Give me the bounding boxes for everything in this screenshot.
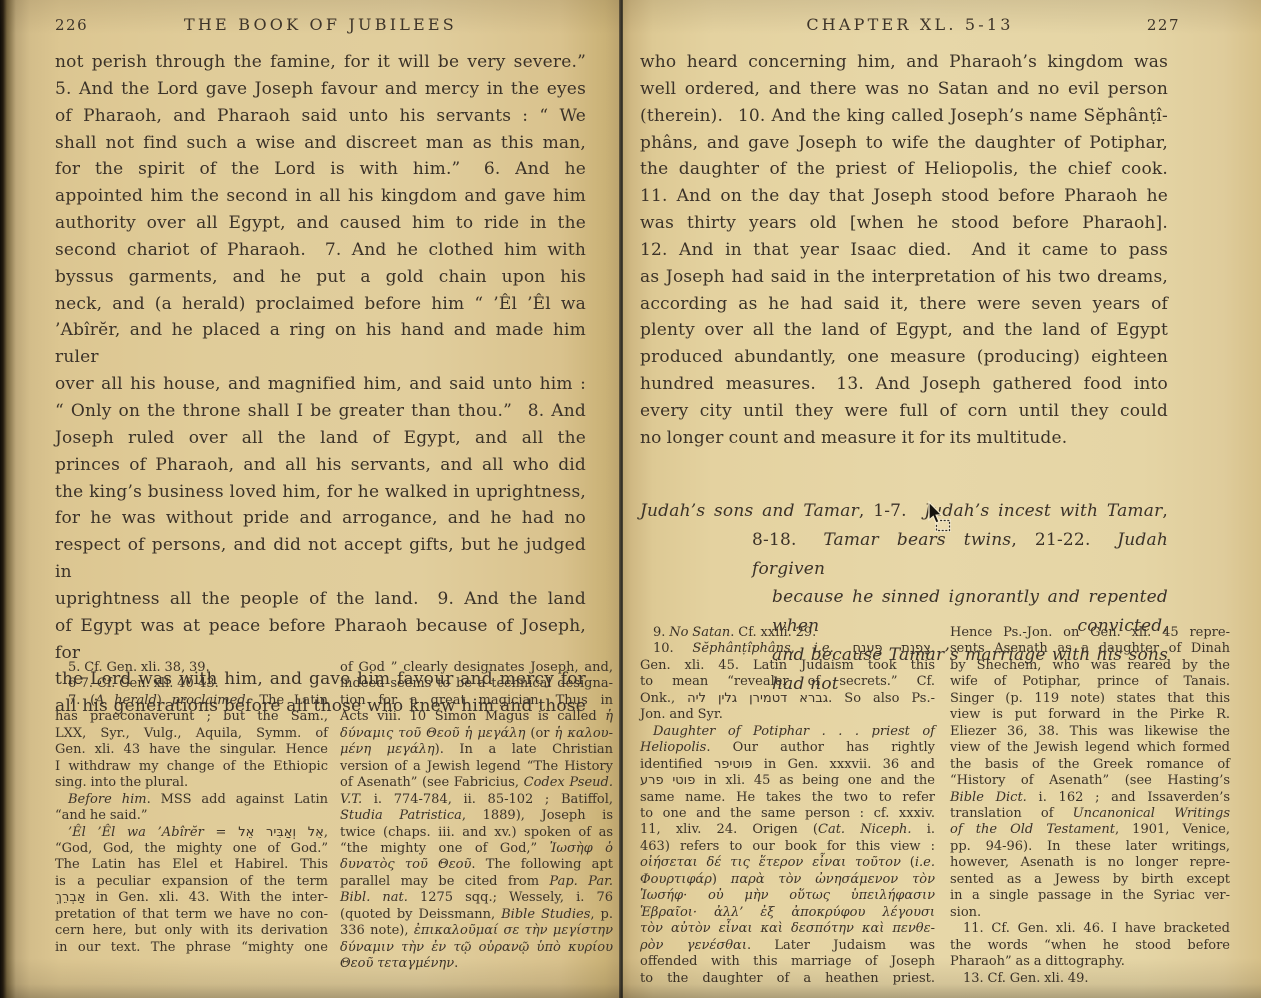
text-line: Gen. xli. 43 have the singular. Hence [55, 742, 328, 758]
text-line: for he was without pride and arrogance, … [55, 505, 586, 532]
left-footnotes: 5. Cf. Gen. xli. 38, 39.6-7. Cf. Gen. xl… [55, 660, 613, 973]
text-line: the basis of the Greek romance of [950, 757, 1230, 773]
text-line: uprightness all the people of the land. … [55, 586, 586, 613]
text-line: the words “when he stood before [950, 938, 1230, 954]
footnote-paragraph: ’Êl ’Êl wa ’Abîrĕr = אֵל וְאַבִּיר אֵל,“… [55, 825, 328, 957]
text-line: same name. He takes the two to refer [640, 790, 935, 806]
text-line: sents Asenath as a daughter of Dinah [950, 641, 1230, 657]
text-line: Daughter of Potiphar . . . priest of [640, 724, 935, 740]
text-line: Φουρτιφάρ) παρὰ τὸν ὠνησάμενον τὸν [640, 872, 935, 888]
footnote-paragraph: 6-7. Cf. Gen. xli. 40-43. [55, 676, 328, 692]
text-line: the daughter of the priest of Heliopolis… [640, 156, 1168, 183]
text-line: Acts viii. 10 Simon Magus is called ἡ [340, 709, 613, 725]
text-line: in a single passage in the Syriac ver- [950, 888, 1230, 904]
text-line: authority over all Egypt, and caused him… [55, 210, 586, 237]
right-body-text: who heard concerning him, and Pharaoh’s … [640, 49, 1168, 452]
left-page-number: 226 [55, 16, 88, 34]
book-spread: 226 THE BOOK OF JUBILEES not perish thro… [0, 0, 1261, 998]
text-line: Jon. and Syr. [640, 707, 935, 723]
right-page-number: 227 [1147, 16, 1180, 34]
text-line: wife of Potiphar, prince of Tanais. [950, 674, 1230, 690]
text-line: 336 note), ἐπικαλοῦμαί σε τὴν μεγίστην [340, 923, 613, 939]
text-line: was thirty years old [when he stood befo… [640, 210, 1168, 237]
text-line: 7. (A herald) proclaimed. The Latin [55, 693, 328, 709]
text-line: Heliopolis. Our author has rightly [640, 740, 935, 756]
text-line: tion for a great magician. Thus in [340, 693, 613, 709]
right-footnotes: 9. No Satan. Cf. xxiii. 29.10. Sĕphânṭîp… [640, 625, 1230, 987]
text-line: sented as a Jewess by birth except [950, 872, 1230, 888]
text-line: “History of Asenath” (see Hasting’s [950, 773, 1230, 789]
text-line: pretation of that term we have no con- [55, 907, 328, 923]
text-line: Hence Ps.-Jon. on Gen. xli. 45 repre- [950, 625, 1230, 641]
text-line: over all his house, and magnified him, a… [55, 371, 586, 398]
text-line: “ Only on the throne shall I be greater … [55, 398, 586, 425]
text-line: 5. And the Lord gave Joseph favour and m… [55, 76, 586, 103]
text-line: sing. into the plural. [55, 775, 328, 791]
text-line: μένη μεγάλη). In a late Christian [340, 742, 613, 758]
text-line: Ἑβραῖοι· ἀλλ’ ἐξ ἀποκρύφου λέγουσι [640, 905, 935, 921]
text-line: 10. Sĕphânṭîphâns, i.e. צָפְנַת פַּעְנֵח… [640, 641, 935, 657]
left-footnote-column-1: 5. Cf. Gen. xli. 38, 39.6-7. Cf. Gen. xl… [55, 660, 328, 973]
text-line: hundred measures. 13. And Joseph gathere… [640, 371, 1168, 398]
text-line: LXX, Syr., Vulg., Aquila, Symm. of [55, 726, 328, 742]
text-line: in our text. The phrase “mighty one [55, 940, 328, 956]
text-line: אַבְרֵךְ in Gen. xli. 43. With the inter… [55, 890, 328, 906]
text-line: is a peculiar expansion of the term [55, 874, 328, 890]
text-line: of Egypt was at peace before Pharaoh bec… [55, 613, 586, 667]
text-line: δύναμις τοῦ Θεοῦ ἡ μεγάλη (or ἡ καλου- [340, 726, 613, 742]
text-line: 11. And on the day that Joseph stood bef… [640, 183, 1168, 210]
footnote-paragraph: 13. Cf. Gen. xli. 49. [950, 971, 1230, 987]
right-running-title: CHAPTER XL. 5-13 [806, 15, 1013, 34]
text-line: byssus garments, and he put a gold chain… [55, 264, 586, 291]
text-line: οἰήσεται δέ τις ἕτερον εἶναι τοῦτον (i.e… [640, 855, 935, 871]
text-line: 12. And in that year Isaac died. And it … [640, 237, 1168, 264]
text-line: Before him. MSS add against Latin [55, 792, 328, 808]
text-line: 11. Cf. Gen. xli. 46. I have bracketed [950, 921, 1230, 937]
text-line: “and he said.” [55, 808, 328, 824]
text-line: appointed him the second in all his king… [55, 183, 586, 210]
text-line: respect of persons, and did not accept g… [55, 532, 586, 586]
text-line: neck, and (a herald) proclaimed before h… [55, 291, 586, 318]
text-line: Gen. xli. 45. Latin Judaism took this [640, 658, 935, 674]
right-footnote-column-1: 9. No Satan. Cf. xxiii. 29.10. Sĕphânṭîp… [640, 625, 935, 987]
text-line: (therein). 10. And the king called Josep… [640, 103, 1168, 130]
text-line: second chariot of Pharaoh. 7. And he clo… [55, 237, 586, 264]
text-line: version of a Jewish legend “The History [340, 759, 613, 775]
text-line: “God, God, the mighty one of God.” [55, 841, 328, 857]
text-line: view of the Jewish legend which formed [950, 740, 1230, 756]
text-line: produced abundantly, one measure (produc… [640, 344, 1168, 371]
text-line: princes of Pharaoh, and all his servants… [55, 452, 586, 479]
text-line: view is put forward in the Pirke R. [950, 707, 1230, 723]
text-line: pp. 94-96). In these later writings, [950, 839, 1230, 855]
text-line: δυνατὸς τοῦ Θεοῦ. The following apt [340, 857, 613, 873]
text-line: shall not find such a wise and discreet … [55, 130, 586, 157]
text-line: of Pharaoh, and Pharaoh said unto his se… [55, 103, 586, 130]
text-line: ’Abîrĕr, and he placed a ring on his han… [55, 317, 586, 371]
footnote-paragraph: 7. (A herald) proclaimed. The Latinhas p… [55, 693, 328, 792]
text-line: of Asenath” (see Fabricius, Codex Pseud. [340, 775, 613, 791]
text-line: 13. Cf. Gen. xli. 49. [950, 971, 1230, 987]
right-page: CHAPTER XL. 5-13 227 who heard concernin… [623, 0, 1261, 998]
text-line: to mean “revealer of secrets.” Cf. [640, 674, 935, 690]
text-line: 6-7. Cf. Gen. xli. 40-43. [55, 676, 328, 692]
text-line: Judah’s sons and Tamar, 1-7. Judah’s inc… [640, 497, 1168, 526]
text-line: Ἰωσήφ· οὐ μὴν οὕτως ὑπειλήφασιν [640, 888, 935, 904]
text-line: offended with this marriage of Joseph [640, 954, 935, 970]
text-line: 11, xliv. 24. Origen (Cat. Niceph. i. [640, 822, 935, 838]
footnote-paragraph: 11. Cf. Gen. xli. 46. I have bracketedth… [950, 921, 1230, 970]
left-body-text: not perish through the famine, for it wi… [55, 49, 586, 720]
text-line: Joseph ruled over all the land of Egypt,… [55, 425, 586, 452]
text-line: of the Old Testament, 1901, Venice, [950, 822, 1230, 838]
text-line: ’Êl ’Êl wa ’Abîrĕr = אֵל וְאַבִּיר אֵל, [55, 825, 328, 841]
text-line: Bibl. nat. 1275 sqq.; Wessely, i. 76 [340, 890, 613, 906]
text-line: of God ” clearly designates Joseph, and, [340, 660, 613, 676]
text-line: 9. No Satan. Cf. xxiii. 29. [640, 625, 935, 641]
text-line: The Latin has Elel et Habirel. This [55, 857, 328, 873]
text-line: by Shechem, who was reared by the [950, 658, 1230, 674]
text-line: as Joseph had said in the interpretation… [640, 264, 1168, 291]
text-line: sion. [950, 905, 1230, 921]
text-line: indeed seems to be a technical designa- [340, 676, 613, 692]
text-line: to the daughter of a heathen priest. [640, 971, 935, 987]
text-line: 5. Cf. Gen. xli. 38, 39. [55, 660, 328, 676]
text-line: V.T. i. 774-784, ii. 85-102 ; Batiffol, [340, 792, 613, 808]
footnote-paragraph: 9. No Satan. Cf. xxiii. 29. [640, 625, 935, 641]
left-footnote-column-2: of God ” clearly designates Joseph, and,… [340, 660, 613, 973]
text-line: every city until they were full of corn … [640, 398, 1168, 425]
text-line: according as he had said it, there were … [640, 291, 1168, 318]
text-line: plenty over all the land of Egypt, and t… [640, 317, 1168, 344]
text-line: who heard concerning him, and Pharaoh’s … [640, 49, 1168, 76]
left-page-header: 226 THE BOOK OF JUBILEES [55, 15, 586, 37]
footnote-paragraph: 5. Cf. Gen. xli. 38, 39. [55, 660, 328, 676]
text-line: parallel may be cited from Pap. Par. [340, 874, 613, 890]
right-footnote-column-2: Hence Ps.-Jon. on Gen. xli. 45 repre-sen… [950, 625, 1230, 987]
left-running-title: THE BOOK OF JUBILEES [184, 15, 457, 34]
text-line: not perish through the famine, for it wi… [55, 49, 586, 76]
text-line: פוטי פרע in xli. 45 as being one and the [640, 773, 935, 789]
text-line: 463) refers to our book for this view : [640, 839, 935, 855]
text-line: Eliezer 36, 38. This was likewise the [950, 724, 1230, 740]
left-page: 226 THE BOOK OF JUBILEES not perish thro… [0, 0, 619, 998]
text-line: I withdraw my change of the Ethiopic [55, 759, 328, 775]
text-line: δύναμιν τὴν ἐν τῷ οὐρανῷ ὑπὸ κυρίου [340, 940, 613, 956]
text-line: for the spirit of the Lord is with him.”… [55, 156, 586, 183]
footnote-paragraph: Daughter of Potiphar . . . priest ofHeli… [640, 724, 935, 987]
text-line: ρὸν γενέσθαι. Later Judaism was [640, 938, 935, 954]
text-line: identified פוטיפר in Gen. xxxvii. 36 and [640, 757, 935, 773]
text-line: twice (chaps. iii. and xv.) spoken of as [340, 825, 613, 841]
text-line: translation of Uncanonical Writings [950, 806, 1230, 822]
text-line: to one and the same person : cf. xxxiv. [640, 806, 935, 822]
text-line: Pharaoh” as a dittography. [950, 954, 1230, 970]
footnote-paragraph: Hence Ps.-Jon. on Gen. xli. 45 repre-sen… [950, 625, 1230, 921]
text-line: however, Asenath is no longer repre- [950, 855, 1230, 871]
text-line: has praeconaverunt ; but the Sam., [55, 709, 328, 725]
text-line: Studia Patristica, 1889), Joseph is [340, 808, 613, 824]
text-line: 8-18. Tamar bears twins, 21-22. Judah fo… [640, 526, 1168, 584]
text-line: cern here, but only with its derivation [55, 923, 328, 939]
text-line: Onk., גברא דטמירן גלין ליה. So also Ps.- [640, 691, 935, 707]
text-line: well ordered, and there was no Satan and… [640, 76, 1168, 103]
text-line: the king’s business loved him, for he wa… [55, 479, 586, 506]
footnote-paragraph: of God ” clearly designates Joseph, and,… [340, 660, 613, 973]
footnote-paragraph: 10. Sĕphânṭîphâns, i.e. צָפְנַת פַּעְנֵח… [640, 641, 935, 723]
text-line: Singer (p. 119 note) states that this [950, 691, 1230, 707]
text-line: Bible Dict. i. 162 ; and Issaverden’s [950, 790, 1230, 806]
text-line: phâns, and gave Joseph to wife the daugh… [640, 130, 1168, 157]
footnote-paragraph: Before him. MSS add against Latin“and he… [55, 792, 328, 825]
text-line: Θεοῦ τεταγμένην. [340, 956, 613, 972]
right-page-header: CHAPTER XL. 5-13 227 [640, 15, 1180, 37]
text-line: “the mighty one of God,” Ἰωσὴφ ὁ [340, 841, 613, 857]
text-line: no longer count and measure it for its m… [640, 425, 1168, 452]
text-line: (quoted by Deissmann, Bible Studies, p. [340, 907, 613, 923]
text-line: τὸν αὐτὸν εἶναι καὶ δεσπότην καὶ πενθε- [640, 921, 935, 937]
